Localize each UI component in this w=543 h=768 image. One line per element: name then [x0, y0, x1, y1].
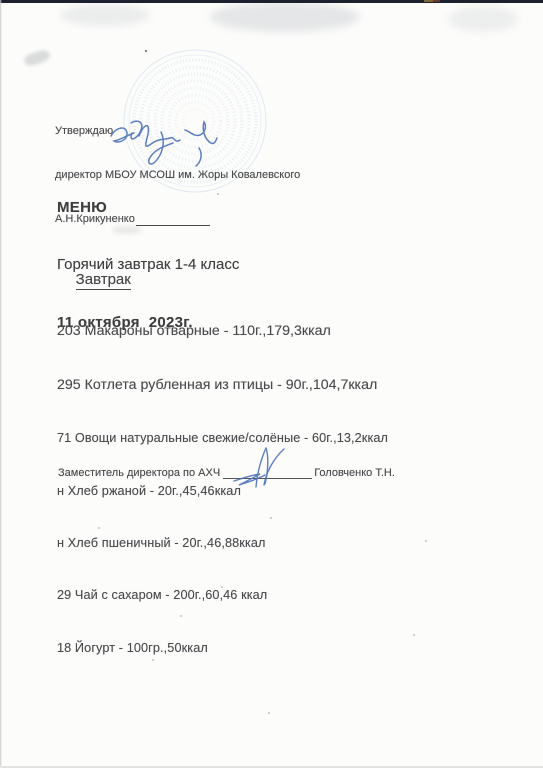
scanned-menu-document: Утверждаю директор МБОУ МСОШ им. Жоры Ко…: [0, 0, 543, 768]
dust-speck: [145, 50, 147, 52]
menu-item: 29 Чай с сахаром - 200г.,60,46 ккал: [57, 587, 388, 603]
dust-speck: [268, 712, 270, 714]
menu-item: 295 Котлета рубленная из птицы - 90г.,10…: [57, 377, 388, 395]
menu-item: 18 Йогурт - 100гр.,50ккал: [57, 640, 388, 656]
approval-line-1: Утверждаю: [55, 124, 300, 139]
scan-smudge: [448, 6, 518, 32]
footer-name: Головченко Т.Н.: [314, 467, 395, 479]
scan-smudge: [210, 2, 360, 32]
scan-edge-artifact: [424, 0, 433, 2]
scan-edge-left: [0, 0, 2, 768]
scan-smudge: [60, 4, 150, 26]
footer-signoff: Заместитель директора по АХЧ Головченко …: [58, 466, 395, 479]
menu-list: 203 Макароны отварные - 110г.,179,3ккал …: [57, 287, 388, 692]
menu-item: 71 Овощи натуральные свежие/солёные - 60…: [57, 430, 388, 446]
dust-speck: [425, 540, 427, 542]
pencil-smudge: [23, 48, 51, 67]
footer-label: Заместитель директора по АХЧ: [58, 467, 220, 479]
menu-item: н Хлеб ржаной - 20г.,45,46ккал: [57, 483, 388, 499]
footer-signature-line: [223, 466, 312, 479]
scan-edge-artifact: [433, 0, 440, 2]
scan-edge-top: [0, 0, 543, 3]
menu-item: н Хлеб пшеничный - 20г.,46,88ккал: [57, 535, 388, 551]
menu-title: МЕНЮ: [57, 198, 239, 217]
menu-item: 203 Макароны отварные - 110г.,179,3ккал: [57, 323, 388, 341]
dust-speck: [413, 634, 415, 636]
